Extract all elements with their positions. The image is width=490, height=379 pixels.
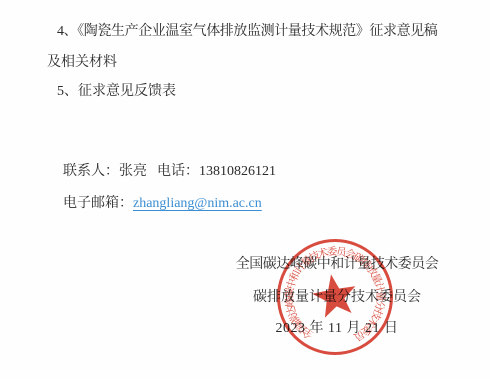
scanned-document-page: 4、《陶瓷生产企业温室气体排放监测计量技术规范》征求意见稿 及相关材料 5、征求… — [0, 0, 490, 379]
contact-phone-label: 电话： — [157, 164, 199, 179]
signature-org-line-1: 全国碳达峰碳中和计量技术委员会 — [212, 253, 462, 273]
signature-org-line-2: 碳排放量计量分技术委员会 — [212, 286, 462, 306]
contact-person-label: 联系人： — [63, 164, 119, 179]
contact-line: 联系人：张亮电话：13810826121 — [63, 162, 276, 181]
email-label: 电子邮箱： — [63, 196, 133, 211]
email-line: 电子邮箱：zhangliang@nim.ac.cn — [63, 194, 262, 213]
contact-phone-number: 13810826121 — [199, 164, 276, 179]
attachment-item-4-line-2: 及相关材料 — [47, 53, 117, 72]
email-link[interactable]: zhangliang@nim.ac.cn — [133, 196, 262, 211]
attachment-item-4-line-1: 4、《陶瓷生产企业温室气体排放监测计量技术规范》征求意见稿 — [57, 22, 437, 41]
contact-person-name: 张亮 — [119, 164, 147, 179]
signature-date: 2023 年 11 月 21 日 — [212, 317, 462, 337]
attachment-item-5: 5、征求意见反馈表 — [57, 82, 176, 101]
